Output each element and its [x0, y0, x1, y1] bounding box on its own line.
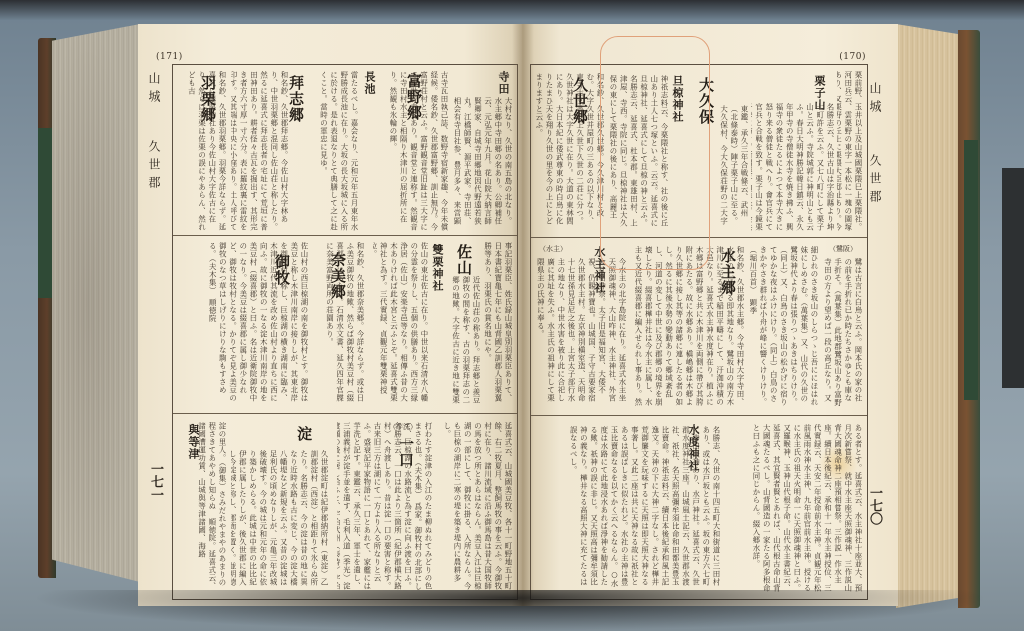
- entry-text-mimaki-continued: 延喜式云、山城國美豆牧、各十一町野地五十町餘、右二牧夏月、整飼馬牧の事を云ふ。今…: [437, 422, 513, 592]
- entry-text-nami: 和名鈔、久世郡奈美郷。今詳ならず。或は日ふ美豆御牧の地歟、然らば御牧村美豆村（綴…: [315, 242, 365, 408]
- pencil-circle-mark: [600, 36, 710, 270]
- entry-text-minushi-shrine: 今水主の北字島院に在り。延喜式水主坐天照御魂神、大山咋神、水主神社、外宮大社名神…: [535, 258, 627, 408]
- folio-right: (170): [839, 52, 866, 62]
- entry-text-sagisaka: 鷺は古言に白鳥と云ふ。岡本氏の家の社の前を手折れ已か時たちさかゆとも庫な手折そ。…: [823, 258, 863, 408]
- left-page-block-edge: [52, 24, 140, 582]
- page-170: (170) 山城 久世郡 一七〇 栗前野、玉井以上及山城國栗隈巳上栗隈社。河田兵…: [522, 24, 898, 606]
- entry-text-saguri-shrine: 佐山の東北佐古に在り。中世以来石清水八幡の分霊を祭りし、五個の供膳あり。西方三縁…: [373, 242, 429, 408]
- running-head-province: 山城: [146, 72, 163, 108]
- right-cover: [958, 30, 980, 608]
- entry-text-nagaike: 當たるべし。嘉会なり、元和元年五月東年水野勝成長池に在り。大坂の長大坂城に入る所…: [319, 71, 359, 231]
- entry-text-hakuri: 和名鈔、久世郡羽栗郷。羽栗今詳ならず。延喜式に雙栗神社あり今佐山村大字佐古に在り…: [177, 71, 227, 231]
- entry-text-sagisaka-poems: 細ひれのさき坂山のしらつゝじ吾ににほはれ妹にしめさむ。（萬葉集）又、山代の久世の…: [749, 246, 819, 408]
- entry-title-terada: 寺田: [495, 71, 511, 95]
- book-gutter: [512, 24, 534, 606]
- entry-text-hakuri-continued: 事記羽栗臣、姓氏録山城皇別羽栗臣ありて、日本書紀寳亀七年にも山背國乙訓郡人羽栗翼…: [483, 242, 513, 408]
- entry-title-sayama: 佐山: [454, 244, 475, 276]
- entry-text-yodo: 久世郡淀町は紀伊郡納所村（東淀）乙訓郡淀村（西淀）と相距りて氷らぬ所たり。名勝志…: [231, 450, 329, 592]
- folio-left: (171): [156, 52, 183, 62]
- entry-text-mito-shrine: 名勝志、久世の南十四五町大和街道に三田村あり、或は水戸坂とも云ふ。坂の東方六七町…: [535, 426, 721, 592]
- page-number-kanji: 一七一: [146, 462, 165, 501]
- entry-text-okubo: 東鑑、承久三年合戦條云、武州（北條泰時）陣子栗子山に至る。大久保村、今大久保荘野…: [719, 105, 749, 231]
- entry-text-kurikuma: 栗前野、玉井以上及山城國栗隈巳上栗隈社。河田兵云、雲栗野の東字一本松に一塊の園塚…: [837, 71, 863, 231]
- left-cover-cloth: [38, 128, 52, 298]
- tier-bottom: 延喜式云、山城國美豆牧、各十一町野地五十町餘、右二牧夏月、整飼馬牧の事を云ふ。今…: [173, 413, 517, 600]
- entry-text-terada: 大村なり、久世の南五島の北なり。水主郷中寺田郷の名あり。公卿補任云、元弘元年九月…: [453, 97, 513, 231]
- entry-text-mimaki: 佐山村の西巨椋湖の南を御牧村とす。御牧は美豆と称し木津川南岸に接りしが、其東北岸…: [177, 242, 309, 408]
- entry-tag-minushi-shrine: （水主）: [539, 244, 567, 254]
- entry-title-saguri-shrine: 雙栗神社: [429, 244, 445, 292]
- running-head-district: 久世郡: [146, 140, 163, 194]
- entry-text-imoarai: 打わたす淀津の入江のたま柳ぬれてみどりの色まさる也。（夫木集） 爲家。御牧村の北…: [337, 422, 433, 592]
- entry-text-kuze: 和名鈔、久世郡久世郷。今久津川村と改む。大字久世并屋町の三あるの以下なり、東寺古…: [533, 73, 605, 231]
- entry-title-nagaike: 長池: [361, 71, 377, 95]
- right-cover-cloth: [964, 140, 978, 400]
- tier-top: 寺田 大村なり、久世の南五島の北なり。水主郷中寺田郷の名あり。公卿補任云、元弘元…: [173, 65, 517, 235]
- entry-text-minushi-continued: ある者とす。延喜式云、水主神社十座並大、預月次新嘗祭、就中水主座天照御魂神、三作…: [727, 424, 863, 594]
- entry-text-tomino: 古寺瓦田執己誌、数野寺宿新家趣、今年未償経候。倭名鈔、久世郡富野郷、訓止無乃。今…: [383, 71, 449, 231]
- entry-text-minushi: 和名鈔、久世郡水主郷。今寺田村大字寺田、水主の二に分る即其地なり。鷺坂山の南方木…: [635, 246, 745, 408]
- background-top-shadow: [0, 0, 1024, 20]
- background-object: [1002, 168, 1024, 388]
- running-head-province: 山城: [867, 82, 884, 118]
- entry-tag-sagisaka: （鷺阪）: [829, 244, 857, 254]
- entry-text-sayama: 近代佐山荘の称あり。拜志郷と羨豆御牧の間を称す、古の羽栗拜志の二郷の地歟。大字佐…: [451, 276, 481, 408]
- entry-title-hayashi: 拜志郷: [286, 75, 307, 123]
- page-171: (171) 山城 久世郡 一七一 寺田 大村なり、久世の南五島の北なり。水主郷中…: [138, 24, 522, 606]
- text-frame: 寺田 大村なり、久世の南五島の北なり。水主郷中寺田郷の名あり。公卿補任云、元弘元…: [172, 64, 518, 600]
- entry-text-hayashi: 和名鈔、久世郡拜志郷。今佐山村大字林あり、中世羽栗郷と混同し佐山荘と称したり。然…: [231, 71, 289, 231]
- tier-bottom: ある者とす。延喜式云、水主神社十座並大、預月次新嘗祭、就中水主座天照御魂神、三作…: [531, 415, 867, 600]
- running-head-district: 久世郡: [867, 154, 884, 208]
- book-shadow: [30, 590, 990, 631]
- entry-text-kuriko-yama: 名勝志云、久世古山は字治縣より坤七町許を云ふ。又七八町にして栗子山と云ふ。寺院城…: [751, 103, 835, 231]
- tier-middle: 事記羽栗臣、姓氏録山城皇別羽栗臣ありて、日本書紀寳亀七年にも山背國乙訓郡人羽栗翼…: [173, 235, 517, 414]
- entry-text-yodotsu: 淀の里人。（御集）さみだれやまやのあまりの程さきてあやめし知らぬ 順徳院。延喜式…: [179, 422, 227, 592]
- entry-title-yodo: 淀: [294, 426, 315, 442]
